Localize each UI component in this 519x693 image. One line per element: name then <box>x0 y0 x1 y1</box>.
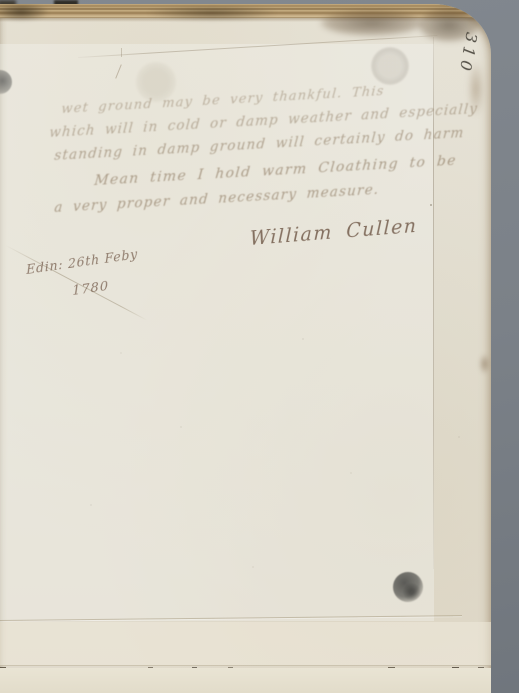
below-fold-area <box>0 622 491 666</box>
manuscript-scan: wet ground may be very thankful. This wh… <box>0 0 519 693</box>
letter-top-edge-jog <box>121 48 122 57</box>
burn-stain <box>148 6 276 20</box>
burn-stain <box>320 10 424 36</box>
paper-specks <box>430 204 432 206</box>
wafer-seal-stain <box>393 572 423 602</box>
wafer-showthrough-stain <box>371 47 409 85</box>
underlying-leaf <box>0 668 491 693</box>
edge-stain <box>479 354 490 374</box>
album-page: wet ground may be very thankful. This wh… <box>0 4 491 693</box>
